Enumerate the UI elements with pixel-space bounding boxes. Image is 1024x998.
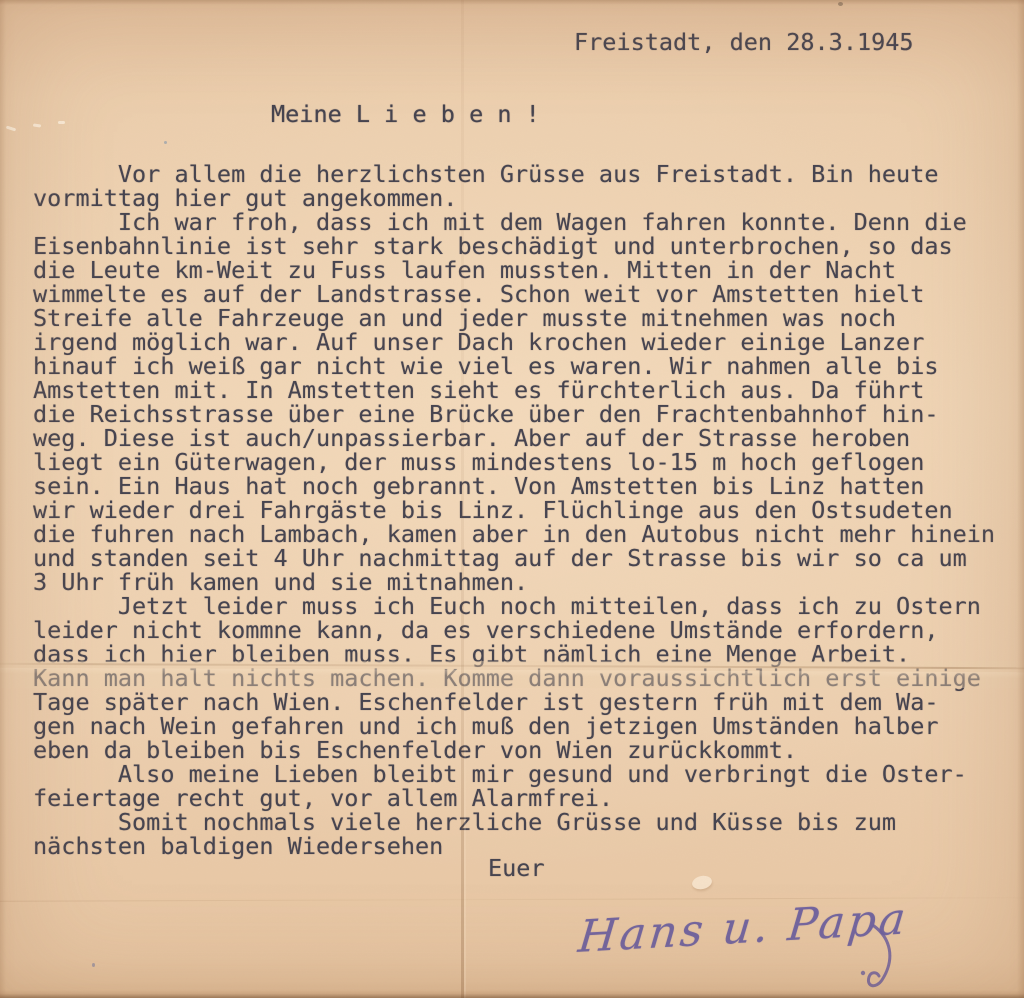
paper-scratch <box>33 123 41 127</box>
letter-line: gen nach Wein gefahren und ich muß den j… <box>33 714 995 738</box>
fold-crease-horizontal-lower <box>0 897 1024 902</box>
letter-line: Eisenbahnlinie ist sehr stark beschädigt… <box>33 234 995 258</box>
letter-line: hinauf ich weiß gar nicht wie viel es wa… <box>33 354 995 378</box>
valediction: Euer <box>488 856 545 880</box>
letter-line: die Reichsstrasse über eine Brücke über … <box>33 402 995 426</box>
letter-line: Ich war froh, dass ich mit dem Wagen fah… <box>33 210 995 234</box>
letter-line: die Leute km-Weit zu Fuss laufen mussten… <box>33 258 995 282</box>
letter-line: sein. Ein Haus hat noch gebrannt. Von Am… <box>33 474 995 498</box>
letter-line: liegt ein Güterwagen, der muss mindesten… <box>33 450 995 474</box>
letter-line: 3 Uhr früh kamen und sie mitnahmen. <box>33 570 995 594</box>
paper-scratch <box>58 121 65 124</box>
letter-line: Vor allem die herzlichsten Grüsse aus Fr… <box>33 162 995 186</box>
letter-body: Vor allem die herzlichsten Grüsse aus Fr… <box>33 162 995 858</box>
paper-scratch <box>6 126 16 132</box>
letter-line: wir wieder drei Fahrgäste bis Linz. Flüc… <box>33 498 995 522</box>
letter-line: leider nicht kommne kann, da es verschie… <box>33 618 995 642</box>
letter-line: Jetzt leider muss ich Euch noch mitteile… <box>33 594 995 618</box>
signature: Hans u. Papa <box>568 898 948 994</box>
letter-line: irgend möglich war. Auf unser Dach kroch… <box>33 330 995 354</box>
letter-page: Freistadt, den 28.3.1945 Meine L i e b e… <box>0 0 1024 998</box>
letter-line: Streife alle Fahrzeuge an und jeder muss… <box>33 306 995 330</box>
paper-chip <box>691 874 713 891</box>
letter-line: wimmelte es auf der Landstrasse. Schon w… <box>33 282 995 306</box>
letter-line: Also meine Lieben bleibt mir gesund und … <box>33 762 995 786</box>
signature-text: Hans u. Papa <box>576 893 911 963</box>
letter-line: Somit nochmals viele herzliche Grüsse un… <box>33 810 995 834</box>
scan-edge-bottom <box>0 990 1024 998</box>
letter-line: Amstetten mit. In Amstetten sieht es für… <box>33 378 995 402</box>
dateline: Freistadt, den 28.3.1945 <box>574 29 914 55</box>
letter-line: feiertage recht gut, vor allem Alarmfrei… <box>33 786 995 810</box>
letter-line: und standen seit 4 Uhr nachmittag auf de… <box>33 546 995 570</box>
letter-line: Tage später nach Wien. Eschenfelder ist … <box>33 690 995 714</box>
letter-line: weg. Diese ist auch/unpassierbar. Aber a… <box>33 426 995 450</box>
paper-speck <box>164 141 167 144</box>
letter-line: die fuhren nach Lambach, kamen aber in d… <box>33 522 995 546</box>
scan-edge-right <box>1017 0 1024 998</box>
letter-line: Kann man halt nichts machen. Komme dann … <box>33 666 995 690</box>
letter-line: dass ich hier bleiben muss. Es gibt näml… <box>33 642 995 666</box>
letter-line: vormittag hier gut angekommen. <box>33 186 995 210</box>
paper-speck <box>92 963 95 967</box>
scan-edge-top <box>0 0 1024 5</box>
letter-line: eben da bleiben bis Eschenfelder von Wie… <box>33 738 995 762</box>
scan-edge-left <box>0 0 6 998</box>
salutation: Meine L i e b e n ! <box>271 101 540 127</box>
signature-flourish-icon <box>860 924 950 994</box>
